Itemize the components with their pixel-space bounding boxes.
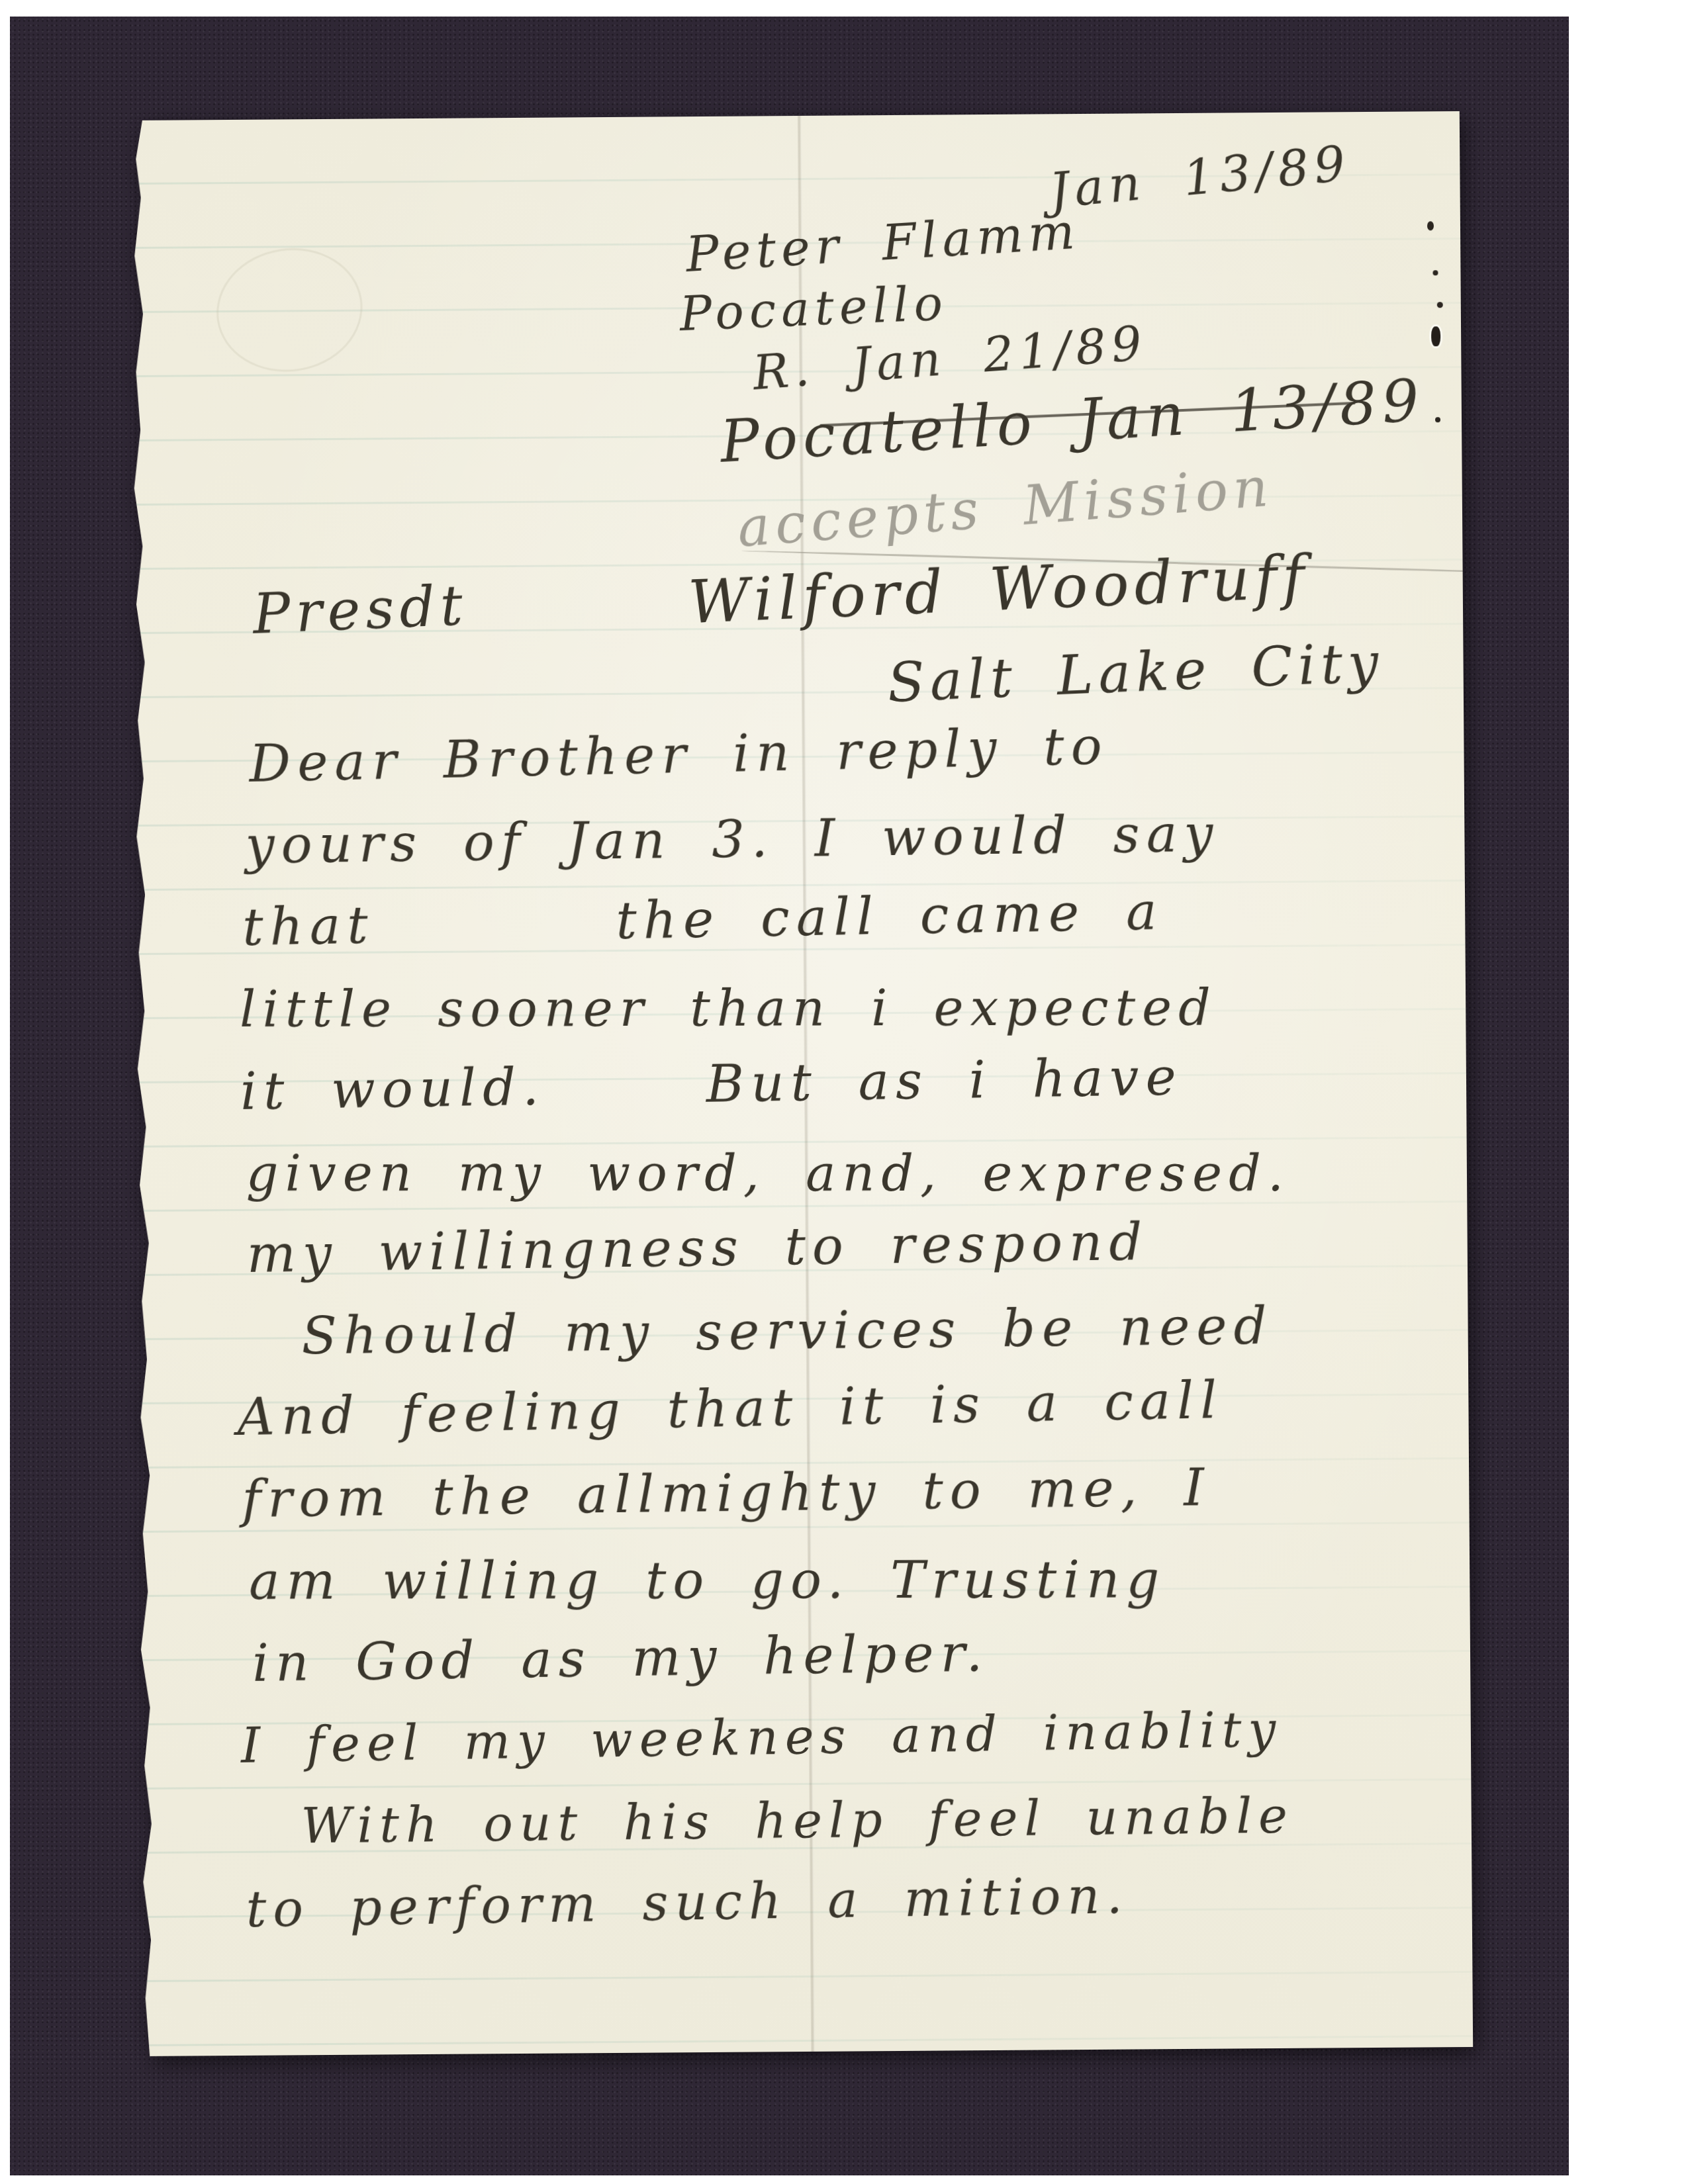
letter-line: that the call came a (242, 886, 1164, 954)
letter-line: given my word, and, expresed. (246, 1148, 1290, 1199)
letter-line: little sooner than i expected (240, 982, 1217, 1034)
letter-line: am willing to go. Trusting (249, 1554, 1166, 1607)
pin-hole-speck (1432, 270, 1438, 275)
pin-hole-speck (1427, 221, 1434, 230)
addressee-title: Presdt (252, 577, 469, 642)
letter-line: it would. But as i have (240, 1052, 1183, 1118)
pin-hole-speck (1437, 302, 1443, 308)
letter-line: yours of Jan 3. I would say (245, 808, 1220, 872)
letter-line: to perform such a mition. (246, 1870, 1129, 1934)
letter-line: With out his help feel unable (301, 1792, 1294, 1851)
letter-paper: Jan 13/89 Peter Flamm Pocatello R. Jan 2… (129, 111, 1473, 2056)
letter-paper-wrap: Jan 13/89 Peter Flamm Pocatello R. Jan 2… (129, 111, 1473, 2056)
scanned-letter-page: Jan 13/89 Peter Flamm Pocatello R. Jan 2… (0, 0, 1688, 2184)
annotation-sender-place: Pocatello (679, 279, 949, 338)
pin-hole-speck (1435, 417, 1440, 422)
letter-line: in God as my helper. (252, 1627, 990, 1690)
letter-line: Should my services be need (301, 1300, 1274, 1362)
letter-line: my willingness to respond (246, 1216, 1149, 1281)
letter-line: from the allmighty to me, I (242, 1462, 1211, 1525)
pin-hole (1429, 324, 1442, 348)
